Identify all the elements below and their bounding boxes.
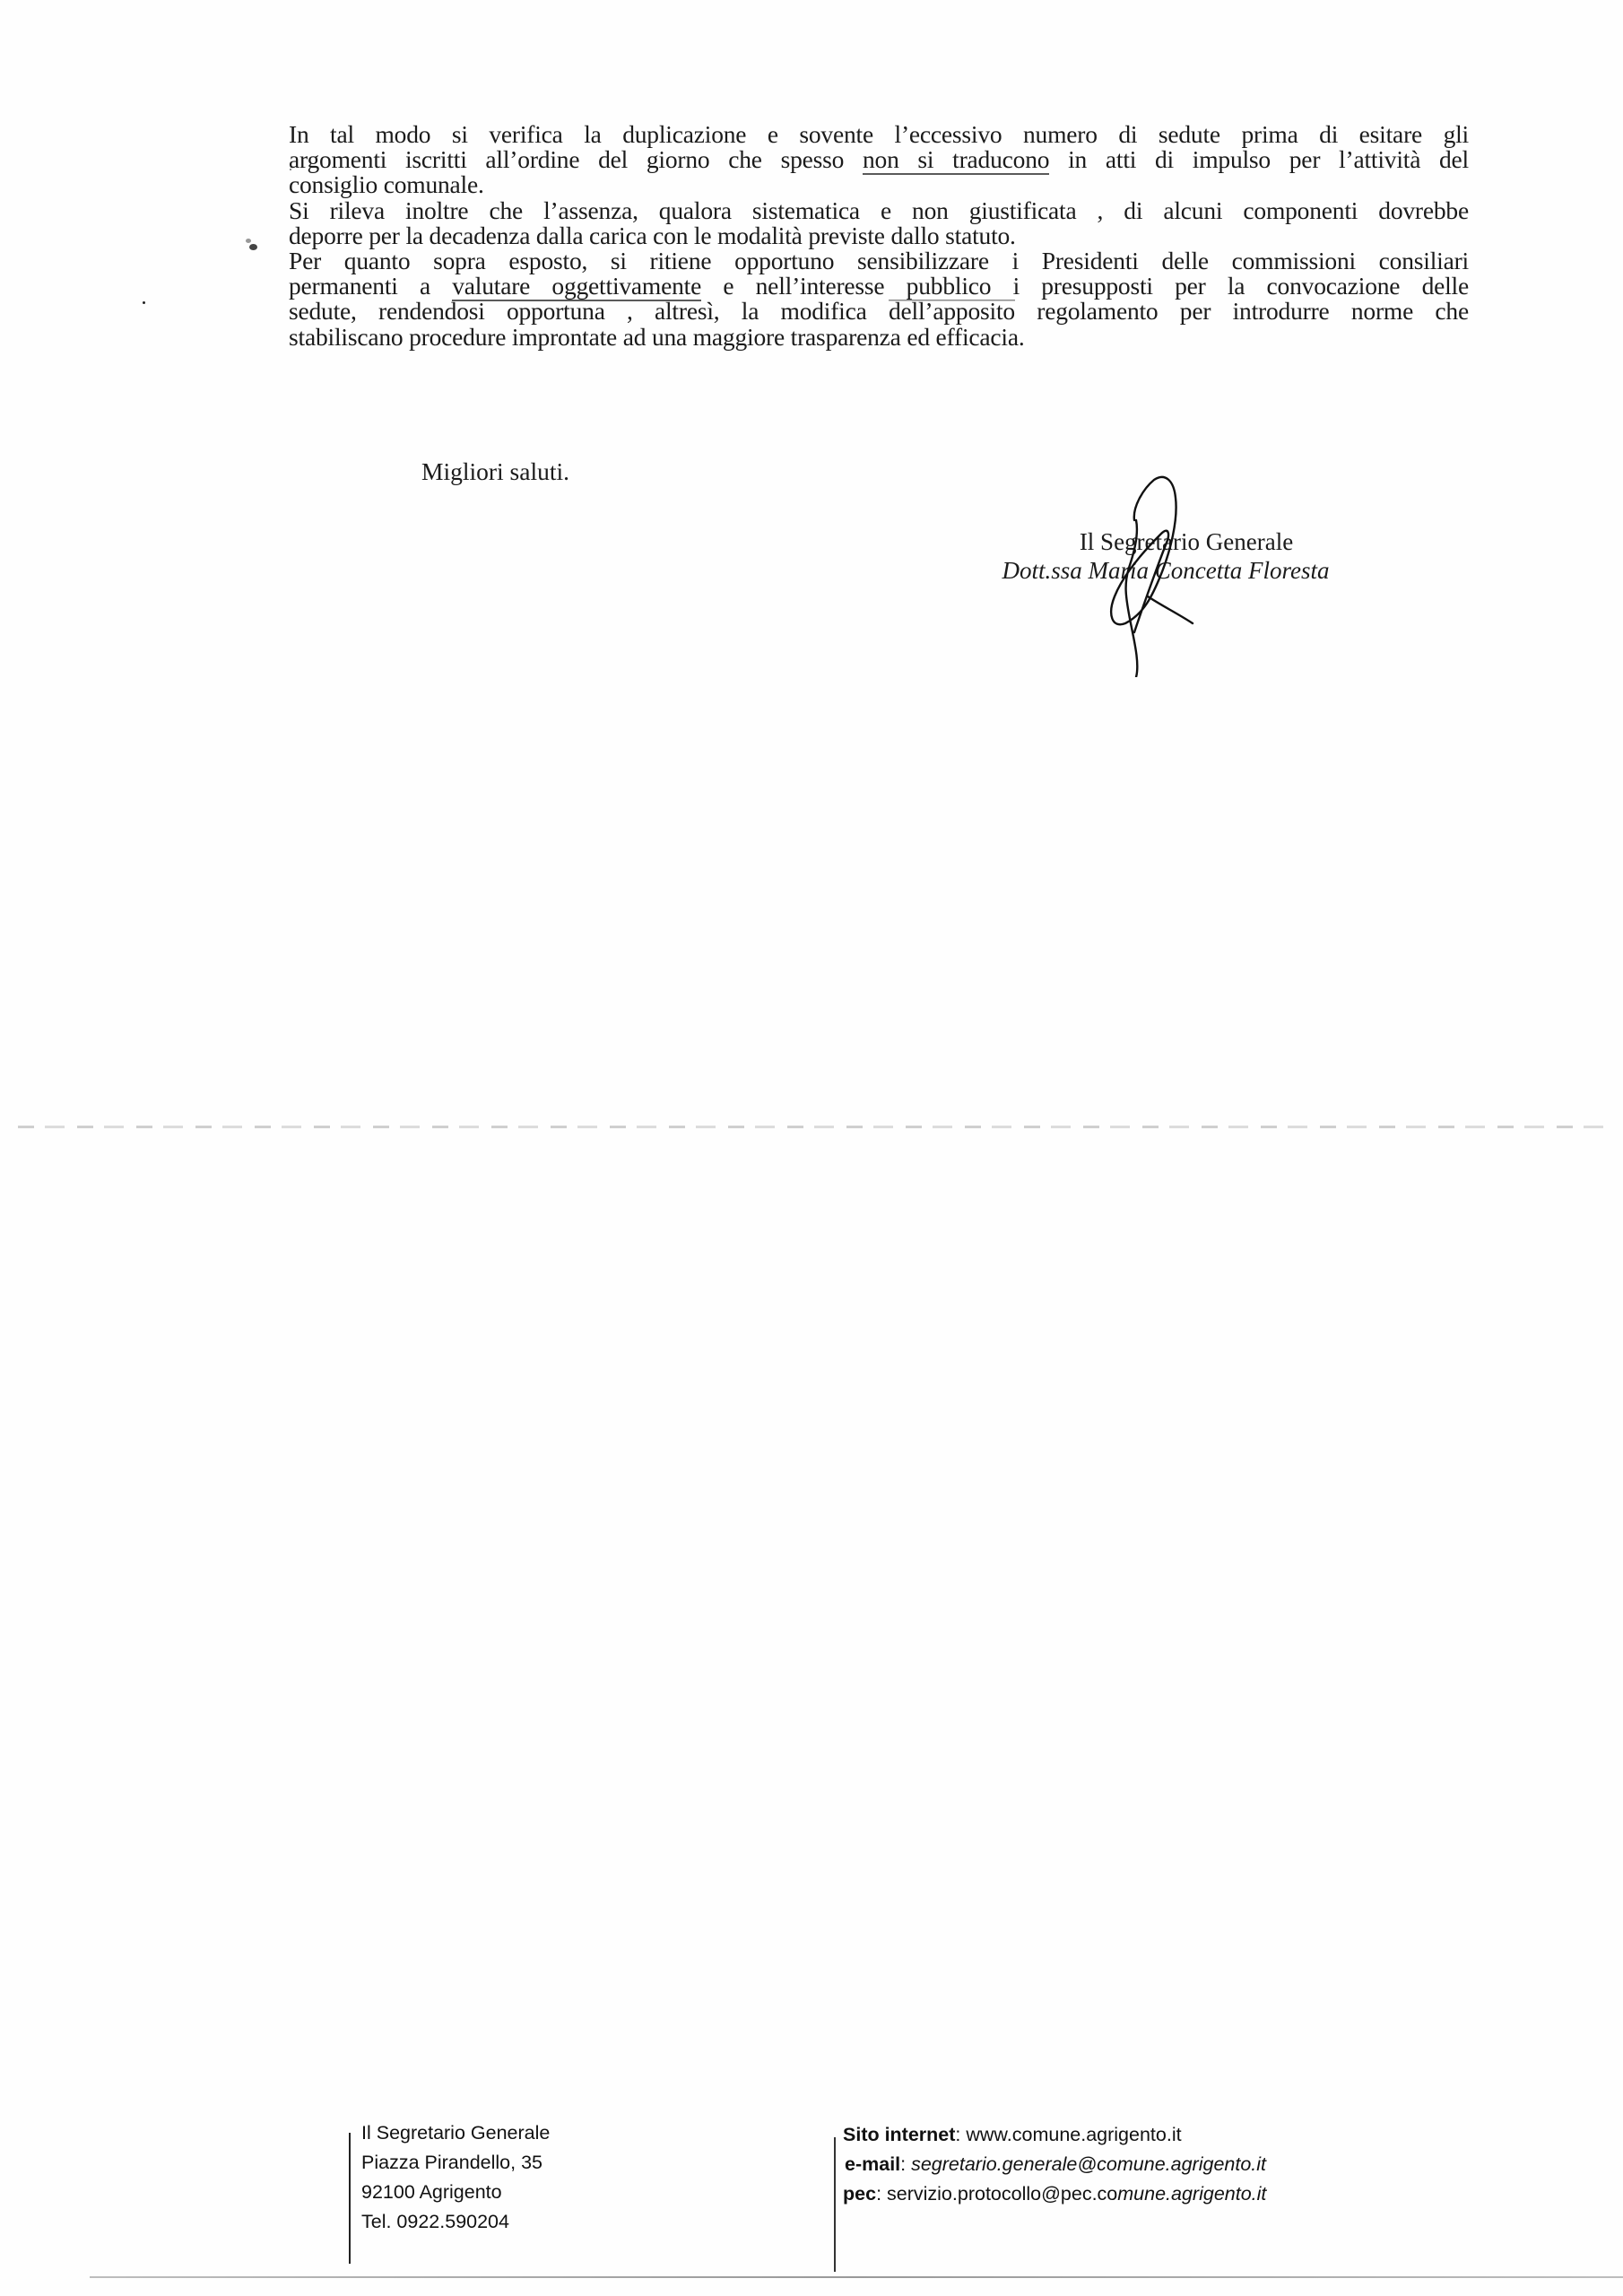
scan-speck [246,239,251,243]
footer-email-row: e-mail: segretario.generale@comune.agrig… [843,2150,1266,2179]
body-line: Per quanto sopra esposto, si ritiene opp… [289,248,1469,274]
email-label: e-mail [845,2153,900,2175]
email-link[interactable]: segretario.generale@comune.agrigento.it [911,2153,1266,2175]
separator: : [876,2183,887,2205]
body-line: stabiliscano procedure improntate ad una… [289,325,1469,350]
signature-block: Il Segretario Generale Dott.ssa Maria Co… [977,527,1354,585]
body-line-underlined: permanenti a valutare oggettivamente e n… [289,274,1469,299]
paragraph-3: Per quanto sopra esposto, si ritiene opp… [289,248,1469,350]
pec-label: pec [843,2183,876,2205]
closing-salutation: Migliori saluti. [421,457,569,486]
footer-office-title: Il Segretario Generale [361,2118,550,2148]
body-line: consiglio comunale. [289,172,1469,197]
paragraph-1: In tal modo si verifica la duplicazione … [289,122,1469,198]
footer-pec-row: pec: servizio.protocollo@pec.comune.agri… [843,2179,1266,2209]
footer-phone: Tel. 0922.590204 [361,2207,550,2237]
footer-contacts: Sito internet: www.comune.agrigento.it e… [843,2120,1266,2209]
scan-speck [143,301,145,304]
pec-link[interactable]: servizio.protocollo@pec.comune.agrigento… [887,2183,1266,2205]
footer-divider [834,2137,836,2272]
signatory-name: Dott.ssa Maria Concetta Floresta [977,556,1354,585]
footer-office-address: Il Segretario Generale Piazza Pirandello… [361,2118,550,2237]
footer-city: 92100 Agrigento [361,2178,550,2207]
page-fold-line [18,1126,1614,1128]
separator: : [955,2124,966,2145]
body-line: Si rileva inoltre che l’assenza, qualora… [289,198,1469,223]
body-line: In tal modo si verifica la duplicazione … [289,122,1469,147]
body-line: deporre per la decadenza dalla carica co… [289,223,1469,248]
scan-speck [249,244,257,250]
body-line-underlined: argomenti iscritti all’ordine del giorno… [289,147,1469,172]
signatory-title: Il Segretario Generale [977,527,1354,556]
footer-street: Piazza Pirandello, 35 [361,2148,550,2178]
paragraph-2: Si rileva inoltre che l’assenza, qualora… [289,198,1469,248]
website-link[interactable]: www.comune.agrigento.it [966,2124,1181,2145]
separator: : [900,2153,911,2175]
handwritten-underline-mark: non si traducono [863,145,1049,175]
letter-body: In tal modo si verifica la duplicazione … [289,122,1469,350]
body-line-underlined: sedute, rendendosi opportuna , altresì, … [289,299,1469,324]
footer-bottom-rule [90,2276,1623,2278]
footer-website-row: Sito internet: www.comune.agrigento.it [843,2120,1266,2150]
scanned-letter-page: In tal modo si verifica la duplicazione … [0,0,1623,2296]
handwritten-underline-mark: dell’apposito [889,297,1015,325]
website-label: Sito internet [843,2124,955,2145]
footer-divider [349,2133,351,2264]
